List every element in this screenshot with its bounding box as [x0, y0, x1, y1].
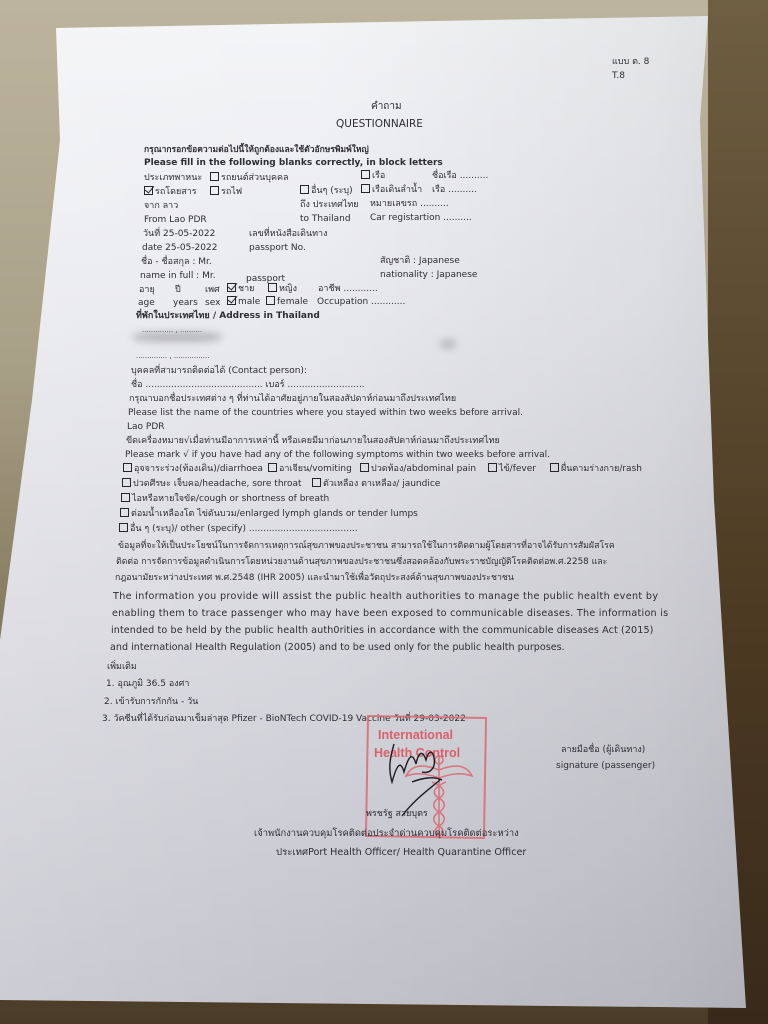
- countries-en: Please list the name of the countries wh…: [128, 407, 523, 419]
- form-code-thai: แบบ ต. 8: [612, 56, 649, 68]
- symptom-abdominal-pain[interactable]: ปวดท้อง/abdominal pain: [360, 463, 476, 475]
- years-en: years: [173, 297, 198, 309]
- title-en: QUESTIONNAIRE: [336, 118, 423, 130]
- checkbox[interactable]: [210, 186, 219, 195]
- sex-male-thai[interactable]: ชาย: [227, 283, 254, 295]
- checkbox[interactable]: [123, 463, 132, 472]
- ship-name-field: ชื่อเรือ ..........: [432, 170, 488, 182]
- signature-label-thai: ลายมือชื่อ (ผู้เดินทาง): [561, 744, 645, 756]
- symptoms-en: Please mark √ if you have had any of the…: [125, 449, 550, 461]
- checkbox[interactable]: [120, 508, 129, 517]
- privacy-thai-line-2: ติดต่อ การจัดการข้อมูลดำเนินการโดยหน่วยง…: [116, 556, 607, 568]
- vehicle-option-other[interactable]: อื่นๆ (ระบุ): [300, 185, 353, 197]
- officer-title-en: ประเทศPort Health Officer/ Health Quaran…: [276, 847, 526, 859]
- redacted-address: [132, 332, 222, 342]
- checkbox[interactable]: [210, 172, 219, 181]
- contact-name-line: ชื่อ ...................................…: [131, 379, 365, 391]
- symptom-headache[interactable]: ปวดศีรษะ เจ็บคอ/headache, sore throat: [122, 478, 302, 490]
- address-heading: ที่พักในประเทศไทย / Address in Thailand: [136, 310, 320, 322]
- name-en: name in full : Mr.: [140, 270, 216, 282]
- car-reg-thai: หมายเลขรถ ..........: [370, 198, 449, 210]
- checkbox[interactable]: [361, 170, 370, 179]
- officer-title-thai: เจ้าพนักงานควบคุมโรคติดต่อประจำด่านควบคุ…: [254, 828, 519, 840]
- ship-field: เรือ ..........: [432, 184, 477, 196]
- vehicle-option-bus[interactable]: รถโดยสาร: [144, 186, 197, 198]
- checkbox-checked[interactable]: [144, 186, 153, 195]
- checkbox[interactable]: [268, 283, 277, 292]
- name-thai: ชื่อ - ชื่อสกุล : Mr.: [141, 256, 212, 268]
- to-en: to Thailand: [300, 213, 351, 225]
- occupation-en: Occupation ............: [317, 296, 405, 308]
- symptom-jaundice[interactable]: ตัวเหลือง ตาเหลือง/ jaundice: [312, 478, 440, 490]
- instructions-en: Please fill in the following blanks corr…: [144, 157, 443, 169]
- checkbox[interactable]: [488, 463, 497, 472]
- officer-name: พรชรัฐ สายบุตร: [366, 808, 428, 820]
- checkbox[interactable]: [121, 493, 130, 502]
- title-thai: คำถาม: [371, 101, 402, 113]
- signature-label-en: signature (passenger): [556, 760, 655, 772]
- countries-value: Lao PDR: [127, 421, 165, 433]
- contact-heading: บุคคลที่สามารถติดต่อได้ (Contact person)…: [131, 365, 307, 377]
- instructions-thai: กรุณากรอกข้อความต่อไปนี้ให้ถูกต้องและใช้…: [144, 144, 369, 156]
- sex-male-en[interactable]: male: [227, 296, 260, 308]
- to-thai: ถึง ประเทศไทย: [300, 199, 359, 211]
- address-line-2: .............. , ................: [136, 350, 209, 362]
- checkbox[interactable]: [312, 478, 321, 487]
- privacy-en-line-4: and international Health Regulation (200…: [110, 642, 565, 654]
- years-thai: ปี: [175, 284, 181, 296]
- countries-thai: กรุณาบอกชื่อประเทศต่าง ๆ ที่ท่านได้อาศัย…: [129, 393, 456, 405]
- passport-label-en: passport No.: [249, 242, 306, 254]
- age-en: age: [138, 297, 155, 309]
- sex-en: sex: [205, 297, 220, 309]
- symptom-rash[interactable]: ผื่นตามร่างกาย/rash: [550, 463, 642, 475]
- symptom-cough[interactable]: ไอหรือหายใจขัด/cough or shortness of bre…: [121, 493, 329, 505]
- checkbox[interactable]: [360, 463, 369, 472]
- checkbox[interactable]: [266, 296, 275, 305]
- privacy-en-line-1: The information you provide will assist …: [113, 591, 658, 603]
- symptoms-thai: ขีดเครื่องหมาย√เมื่อท่านมีอาการเหล่านี้ …: [126, 435, 500, 447]
- checkbox[interactable]: [119, 523, 128, 532]
- symptom-diarrhoea[interactable]: อุจจาระร่วง(ท้องเดิน)/diarrhoea: [123, 463, 263, 475]
- checkbox-checked[interactable]: [227, 296, 236, 305]
- vehicle-option-train[interactable]: รถไฟ: [210, 186, 242, 198]
- privacy-thai-line-1: ข้อมูลที่จะให้เป็นประโยชน์ในการจัดการเหต…: [118, 540, 615, 552]
- sex-thai: เพศ: [205, 284, 220, 296]
- sex-female-en[interactable]: female: [266, 296, 308, 308]
- car-reg-en: Car registartion ..........: [370, 212, 472, 224]
- checkbox-checked[interactable]: [227, 283, 236, 292]
- occupation-thai: อาชีพ ............: [318, 283, 378, 295]
- checkbox[interactable]: [268, 463, 277, 472]
- symptom-vomiting[interactable]: อาเจียน/vomiting: [268, 463, 352, 475]
- privacy-en-line-2: enabling them to trace passenger who may…: [112, 608, 668, 620]
- vehicle-option-riverboat[interactable]: เรือเดินลำน้ำ: [361, 184, 422, 196]
- additional-heading: เพิ่มเติม: [107, 661, 137, 673]
- nationality-en: nationality : Japanese: [380, 269, 477, 281]
- vehicle-option-car[interactable]: รถยนต์ส่วนบุคคล: [210, 172, 289, 184]
- symptom-other[interactable]: อื่น ๆ (ระบุ)/ other (specify) .........…: [119, 523, 358, 535]
- checkbox[interactable]: [122, 478, 131, 487]
- privacy-en-line-3: intended to be held by the public health…: [111, 625, 654, 637]
- additional-temperature: 1. อุณภูมิ 36.5 องศา: [106, 678, 189, 690]
- officer-signature: [382, 738, 472, 818]
- age-thai: อายุ: [139, 284, 155, 296]
- form-code-en: T.8: [612, 70, 625, 82]
- checkbox[interactable]: [550, 463, 559, 472]
- privacy-thai-line-3: กฎอนามัยระหว่างประเทศ พ.ศ.2548 (IHR 2005…: [115, 572, 514, 584]
- symptom-fever[interactable]: ไข้/fever: [488, 463, 536, 475]
- symptom-lymph[interactable]: ต่อมน้ำเหลืองโต ไข่ดันบวม/enlarged lymph…: [120, 508, 418, 520]
- date-en: date 25-05-2022: [142, 242, 217, 254]
- vehicle-option-boat[interactable]: เรือ: [361, 170, 385, 182]
- from-thai: จาก ลาว: [144, 200, 178, 212]
- vehicle-label: ประเภทพาหนะ: [144, 172, 202, 184]
- sex-female-thai[interactable]: หญิง: [268, 283, 297, 295]
- date-thai: วันที่ 25-05-2022: [143, 228, 215, 240]
- checkbox[interactable]: [300, 185, 309, 194]
- additional-quarantine: 2. เข้ารับการกักกัน - วัน: [104, 696, 198, 708]
- from-en: From Lao PDR: [144, 214, 207, 226]
- nationality-thai: สัญชาติ : Japanese: [380, 255, 460, 267]
- passport-label-thai: เลขที่หนังสือเดินทาง: [249, 228, 328, 240]
- checkbox[interactable]: [361, 184, 370, 193]
